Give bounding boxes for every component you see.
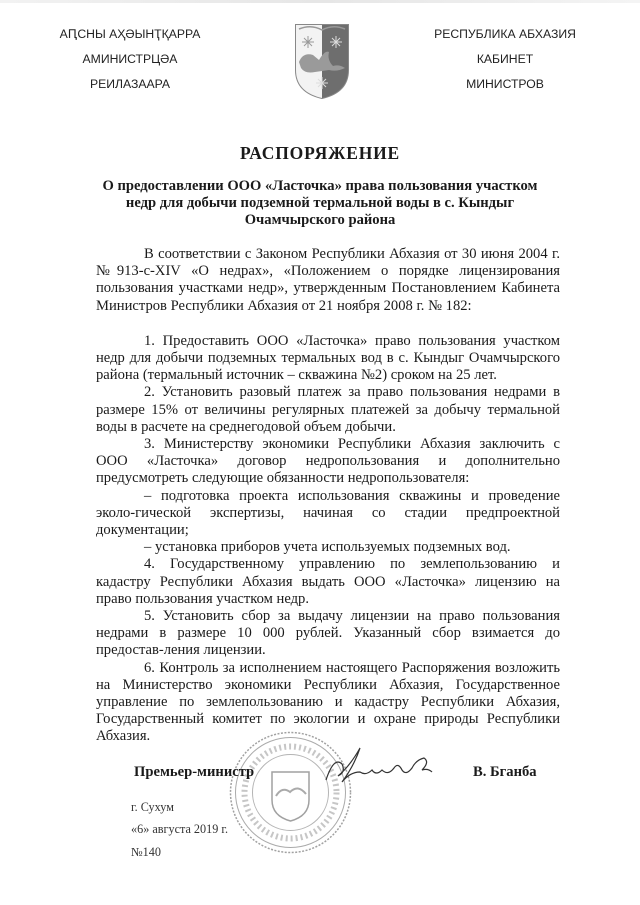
header-right-line-1: РЕСПУБЛИКА АБХАЗИЯ (405, 27, 605, 52)
document-subject: О предоставлении ООО «Ласточка» права по… (100, 178, 540, 229)
paragraph-3: 3. Министерству экономики Республики Абх… (96, 436, 560, 488)
issue-date: «6» августа 2019 г. (131, 822, 228, 837)
header-left-line-2: АМИНИСТРЦӘА (30, 52, 230, 77)
paragraph-4: 4. Государственному управлению по землеп… (96, 556, 560, 608)
paragraph-5: 5. Установить сбор за выдачу лицензии на… (96, 608, 560, 660)
header-left-line-3: РЕИЛАЗААРА (30, 77, 230, 102)
paragraph-1: 1. Предоставить ООО «Ласточка» право пол… (96, 333, 560, 385)
document-type-title: РАСПОРЯЖЕНИЕ (0, 143, 640, 164)
handwritten-signature (320, 742, 450, 788)
scan-edge (0, 0, 640, 3)
issue-city: г. Сухум (131, 800, 174, 815)
signatory-position: Премьер-министр (134, 764, 254, 781)
preamble: В соответствии с Законом Республики Абха… (96, 246, 560, 315)
header-russian: РЕСПУБЛИКА АБХАЗИЯ КАБИНЕТ МИНИСТРОВ (405, 27, 605, 102)
document-body: В соответствии с Законом Республики Абха… (96, 246, 560, 746)
paragraph-3-item-1: – подготовка проекта использования скваж… (96, 488, 560, 540)
coat-of-arms-icon (293, 22, 351, 100)
header-left-line-1: АԤСНЫ АҲӘЫНҬҚАРРА (30, 27, 230, 52)
header-right-line-2: КАБИНЕТ (405, 52, 605, 77)
header-right-line-3: МИНИСТРОВ (405, 77, 605, 102)
paragraph-3-item-2: – установка приборов учета используемых … (96, 539, 560, 556)
document-number: №140 (131, 845, 161, 860)
signatory-name: В. Бганба (473, 764, 537, 781)
paragraph-2: 2. Установить разовый платеж за право по… (96, 384, 560, 436)
header-abkhaz: АԤСНЫ АҲӘЫНҬҚАРРА АМИНИСТРЦӘА РЕИЛАЗААРА (30, 27, 230, 102)
